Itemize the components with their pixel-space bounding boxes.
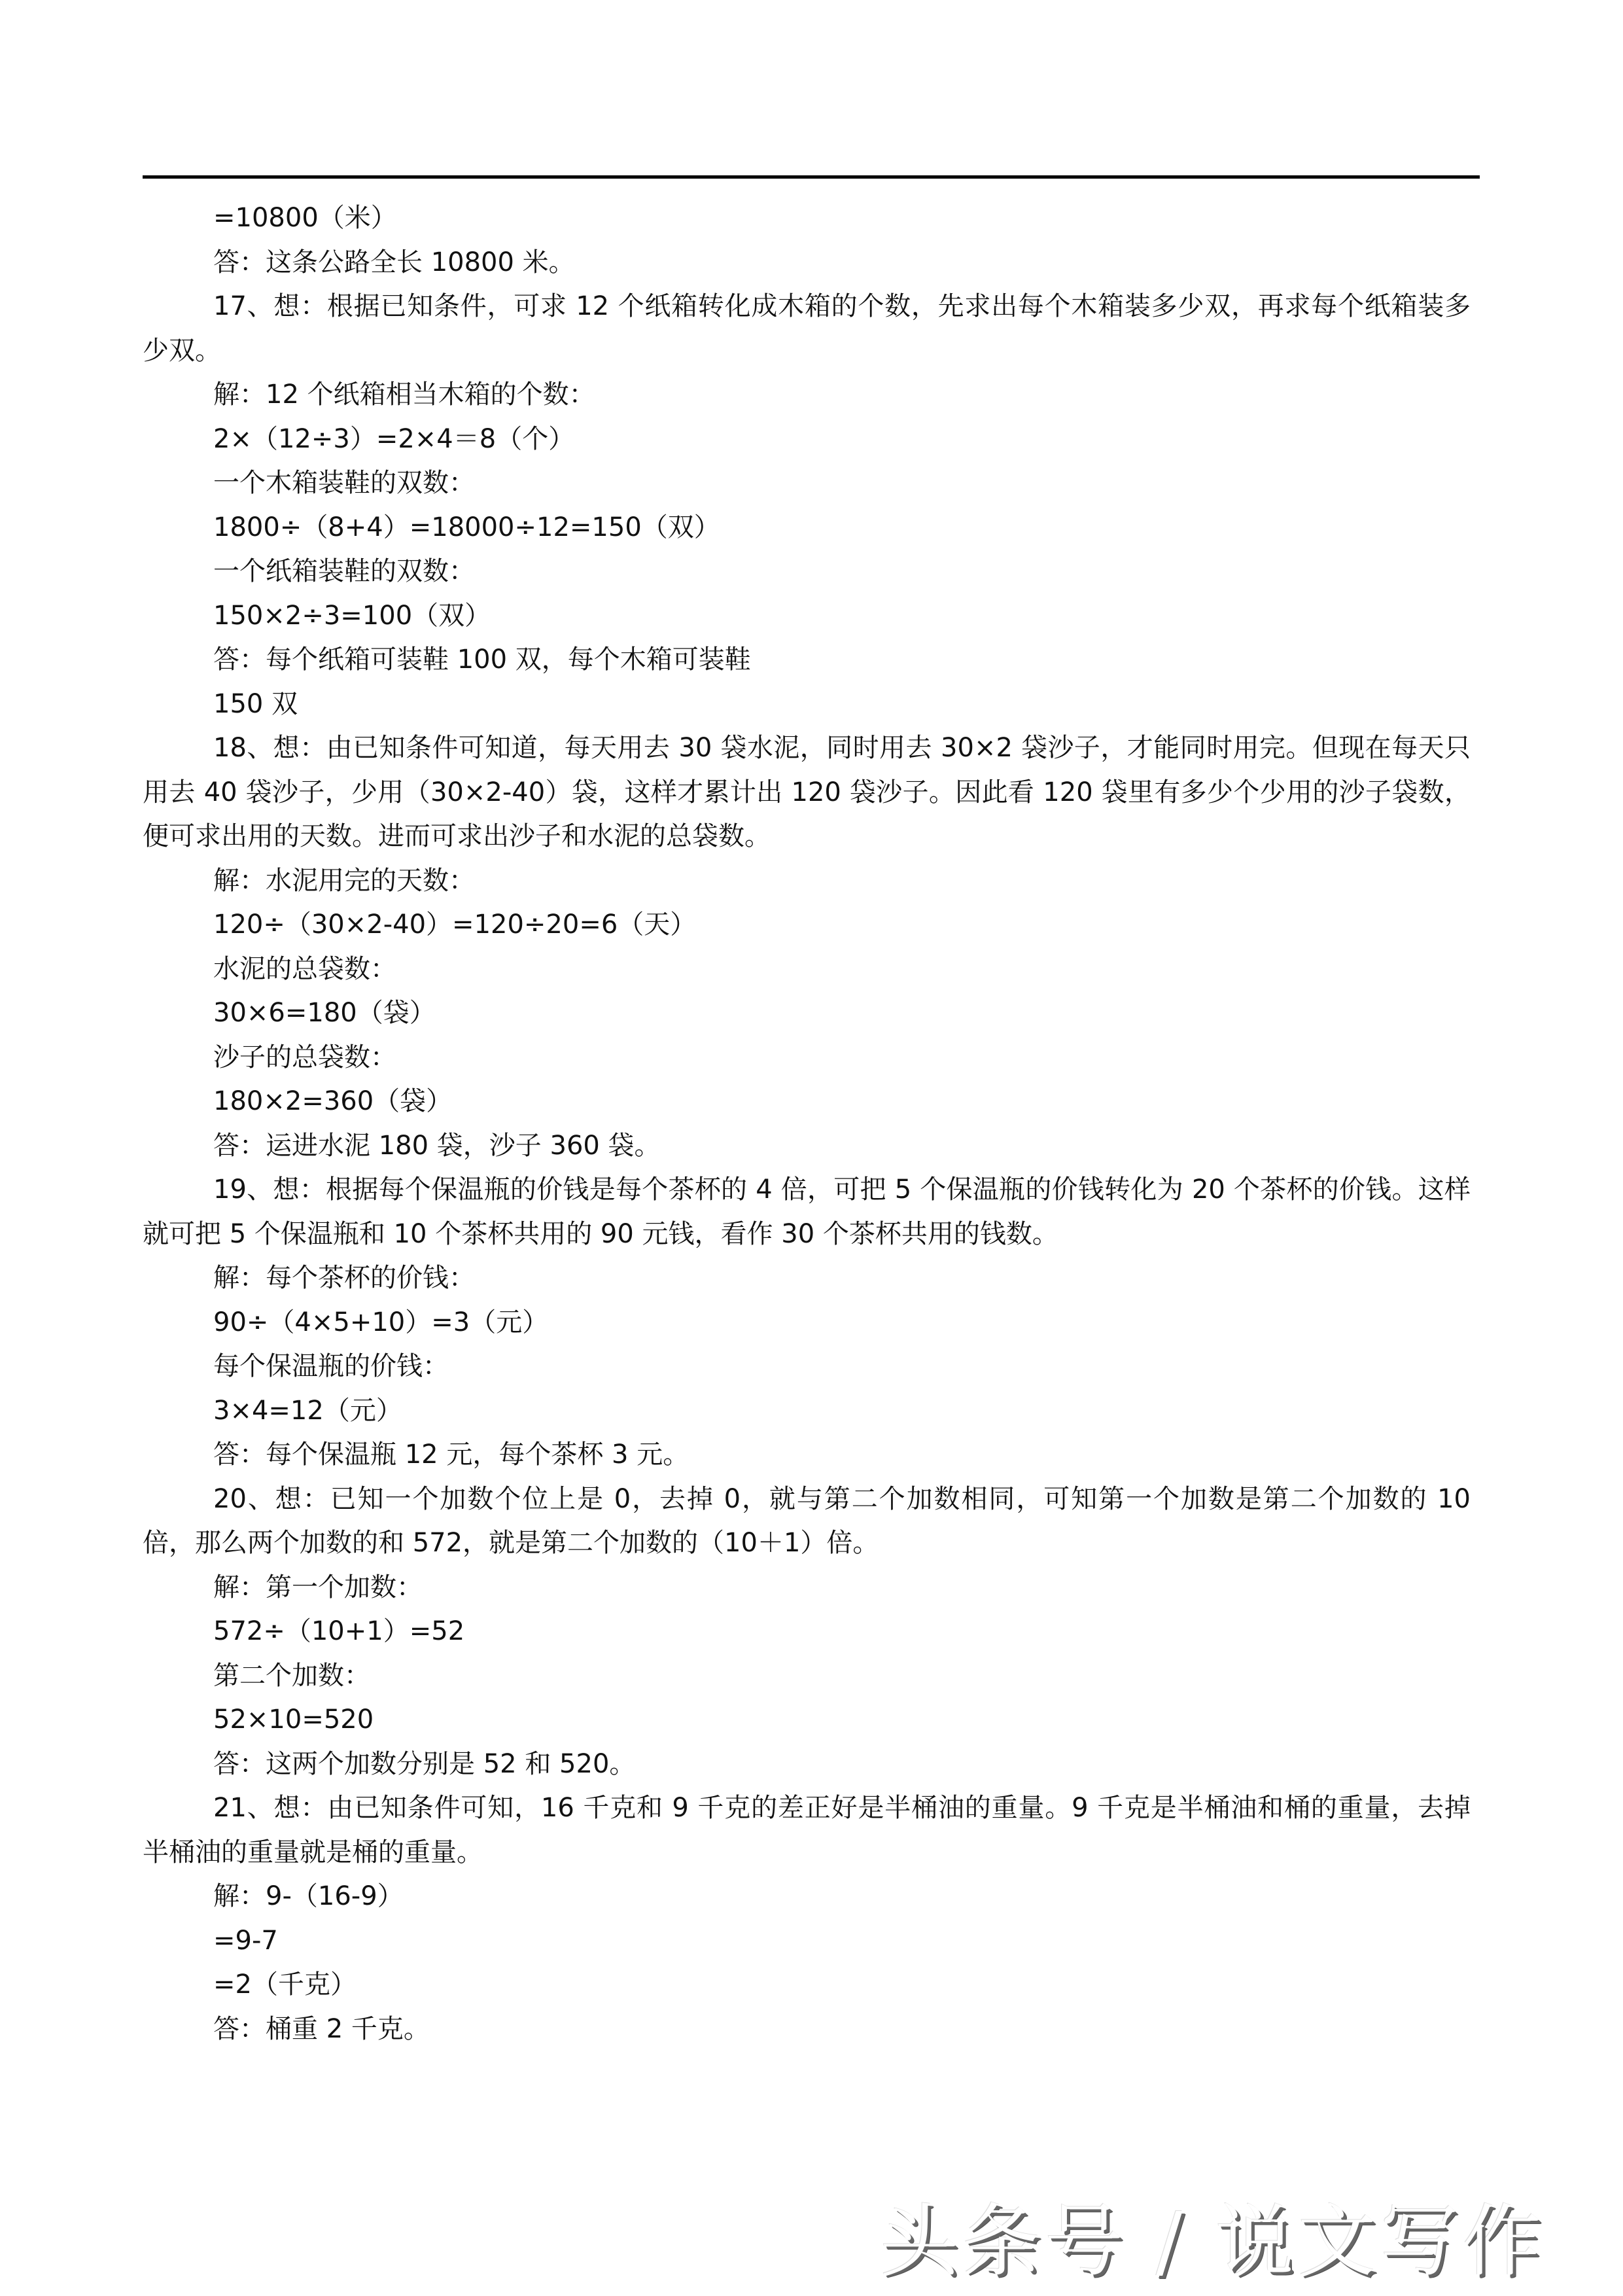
text-line: 572÷（10+1）=52 bbox=[143, 1610, 1471, 1654]
text-line: 150 双 bbox=[143, 682, 1471, 727]
paragraph: 21、想：由已知条件可知，16 千克和 9 千克的差正好是半桶油的重量。9 千克… bbox=[143, 1786, 1471, 1875]
text-line: 答：每个纸箱可装鞋 100 双，每个木箱可装鞋 bbox=[143, 638, 1471, 682]
paragraph: 19、想：根据每个保温瓶的价钱是每个茶杯的 4 倍，可把 5 个保温瓶的价钱转化… bbox=[143, 1168, 1471, 1256]
text-line: 1800÷（8+4）=18000÷12=150（双） bbox=[143, 506, 1471, 550]
text-line: 水泥的总袋数： bbox=[143, 947, 1471, 992]
text-line: 150×2÷3=100（双） bbox=[143, 594, 1471, 639]
text-line: 答：这条公路全长 10800 米。 bbox=[143, 241, 1471, 285]
text-line: 52×10=520 bbox=[143, 1698, 1471, 1742]
text-line: 解：水泥用完的天数： bbox=[143, 859, 1471, 904]
text-line: 第二个加数： bbox=[143, 1654, 1471, 1699]
text-line: 一个木箱装鞋的双数： bbox=[143, 461, 1471, 506]
text-line: 180×2=360（袋） bbox=[143, 1080, 1471, 1124]
watermark: 头条号 / 说文写作 bbox=[880, 2179, 1545, 2291]
text-line: =2（千克） bbox=[143, 1963, 1471, 2007]
text-line: 答：每个保温瓶 12 元，每个茶杯 3 元。 bbox=[143, 1433, 1471, 1477]
text-line: 解：第一个加数： bbox=[143, 1566, 1471, 1610]
text-line: 解：每个茶杯的价钱： bbox=[143, 1256, 1471, 1301]
text-line: 一个纸箱装鞋的双数： bbox=[143, 550, 1471, 594]
text-line: 每个保温瓶的价钱： bbox=[143, 1345, 1471, 1389]
text-line: 答：运进水泥 180 袋，沙子 360 袋。 bbox=[143, 1124, 1471, 1169]
text-line: 120÷（30×2-40）=120÷20=6（天） bbox=[143, 903, 1471, 947]
paragraph: 17、想：根据已知条件，可求 12 个纸箱转化成木箱的个数，先求出每个木箱装多少… bbox=[143, 285, 1471, 373]
text-line: =10800（米） bbox=[143, 196, 1471, 241]
text-line: 30×6=180（袋） bbox=[143, 991, 1471, 1036]
text-line: 答：桶重 2 千克。 bbox=[143, 2007, 1471, 2052]
text-line: =9-7 bbox=[143, 1919, 1471, 1964]
paragraph: 20、想：已知一个加数个位上是 0，去掉 0，就与第二个加数相同，可知第一个加数… bbox=[143, 1477, 1471, 1566]
text-line: 解：9-（16-9） bbox=[143, 1875, 1471, 1919]
document-page: =10800（米）答：这条公路全长 10800 米。17、想：根据已知条件，可求… bbox=[0, 0, 1623, 2296]
text-line: 2×（12÷3）=2×4＝8（个） bbox=[143, 417, 1471, 462]
document-body: =10800（米）答：这条公路全长 10800 米。17、想：根据已知条件，可求… bbox=[143, 196, 1471, 2051]
text-line: 答：这两个加数分别是 52 和 520。 bbox=[143, 1742, 1471, 1787]
text-line: 90÷（4×5+10）=3（元） bbox=[143, 1301, 1471, 1345]
header-rule bbox=[143, 175, 1480, 179]
text-line: 3×4=12（元） bbox=[143, 1389, 1471, 1434]
text-line: 解：12 个纸箱相当木箱的个数： bbox=[143, 373, 1471, 417]
text-line: 沙子的总袋数： bbox=[143, 1036, 1471, 1080]
paragraph: 18、想：由已知条件可知道，每天用去 30 袋水泥，同时用去 30×2 袋沙子，… bbox=[143, 726, 1471, 859]
